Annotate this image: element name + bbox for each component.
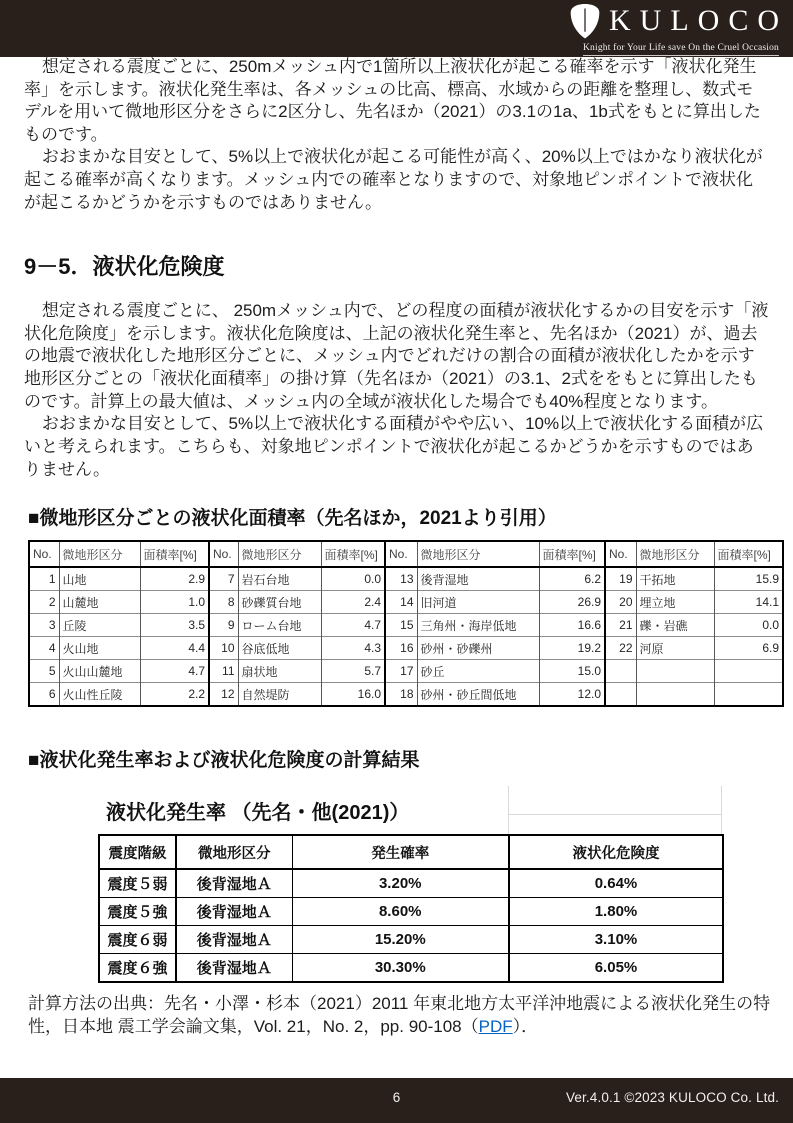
- area-cell: 15.0: [539, 660, 605, 683]
- area-cell: 16: [385, 637, 417, 660]
- area-cell: 8: [209, 591, 238, 614]
- paragraph: 想定される震度ごとに、250mメッシュ内で1箇所以上液状化が起こる確率を示す「液…: [24, 56, 769, 146]
- table-row: 1山地2.97岩石台地0.013後背湿地6.219干拓地15.9: [29, 567, 783, 591]
- area-cell: 15.9: [714, 567, 783, 591]
- result-col-header: 微地形区分: [176, 835, 292, 869]
- area-cell: 干拓地: [636, 567, 714, 591]
- area-cell: 9: [209, 614, 238, 637]
- area-cell: 礫・岩礁: [636, 614, 714, 637]
- area-cell: 谷底低地: [238, 637, 321, 660]
- area-cell: 5: [29, 660, 59, 683]
- table-row: 震度６弱後背湿地Ａ15.20%3.10%: [99, 926, 723, 954]
- result-table-title-text: 液状化発生率 （先名・他(2021)）: [106, 796, 409, 825]
- section-title-9-5: 9－5．液状化危険度: [24, 250, 769, 281]
- area-cell: 砂州・砂礫州: [417, 637, 539, 660]
- area-cell: 2.9: [140, 567, 209, 591]
- area-cell: 0.0: [714, 614, 783, 637]
- area-cell: 2: [29, 591, 59, 614]
- result-cell: 後背湿地Ａ: [176, 926, 292, 954]
- area-col-header: No.: [209, 541, 238, 567]
- area-cell: 岩石台地: [238, 567, 321, 591]
- area-col-header: No.: [29, 541, 59, 567]
- area-cell: 7: [209, 567, 238, 591]
- area-cell: [636, 660, 714, 683]
- result-cell: 0.64%: [509, 869, 723, 898]
- result-table-title: 液状化発生率 （先名・他(2021)）: [98, 786, 722, 834]
- area-cell: 17: [385, 660, 417, 683]
- area-cell: 16.6: [539, 614, 605, 637]
- area-cell: 火山性丘陵: [59, 683, 140, 707]
- area-col-header: 微地形区分: [59, 541, 140, 567]
- citation-text-before: 計算方法の出典：先名・小澤・杉本（2021）2011 年東北地方太平洋沖地震によ…: [28, 994, 770, 1036]
- result-cell: 震度６弱: [99, 926, 176, 954]
- section-body-9-5: 想定される震度ごとに、 250mメッシュ内で、どの程度の面積が液状化するかの目安…: [24, 300, 769, 481]
- result-cell: 震度５強: [99, 898, 176, 926]
- area-col-header: No.: [385, 541, 417, 567]
- area-cell: 砂丘: [417, 660, 539, 683]
- area-cell: 5.7: [321, 660, 385, 683]
- logo-wordmark: KULOCO: [609, 6, 788, 36]
- area-cell: 三角州・海岸低地: [417, 614, 539, 637]
- area-cell: 21: [605, 614, 636, 637]
- area-cell: 10: [209, 637, 238, 660]
- result-col-header: 発生確率: [292, 835, 509, 869]
- result-table: 震度階級微地形区分発生確率液状化危険度 震度５弱後背湿地Ａ3.20%0.64%震…: [98, 834, 724, 983]
- area-cell: 13: [385, 567, 417, 591]
- citation: 計算方法の出典：先名・小澤・杉本（2021）2011 年東北地方太平洋沖地震によ…: [28, 993, 773, 1039]
- area-cell: 6.2: [539, 567, 605, 591]
- area-table: No.微地形区分面積率[%]No.微地形区分面積率[%]No.微地形区分面積率[…: [28, 540, 784, 707]
- paragraph: おおまかな目安として、5%以上で液状化する面積がやや広い、10%以上で液状化する…: [24, 413, 769, 481]
- table-row: 4火山地4.410谷底低地4.316砂州・砂礫州19.222河原6.9: [29, 637, 783, 660]
- area-col-header: No.: [605, 541, 636, 567]
- area-cell: 2.4: [321, 591, 385, 614]
- table-row: 6火山性丘陵2.212自然堤防16.018砂州・砂丘間低地12.0: [29, 683, 783, 707]
- area-cell: 19.2: [539, 637, 605, 660]
- table-row: 2山麓地1.08砂礫質台地2.414旧河道26.920埋立地14.1: [29, 591, 783, 614]
- area-cell: [605, 683, 636, 707]
- result-cell: 後背湿地Ａ: [176, 898, 292, 926]
- area-cell: 1.0: [140, 591, 209, 614]
- table-row: 震度６強後背湿地Ａ30.30%6.05%: [99, 954, 723, 983]
- page-content: 9－4．液状化発生率 想定される震度ごとに、250mメッシュ内で1箇所以上液状化…: [0, 0, 793, 1039]
- area-col-header: 面積率[%]: [321, 541, 385, 567]
- result-cell: 後背湿地Ａ: [176, 954, 292, 983]
- area-cell: 旧河道: [417, 591, 539, 614]
- area-cell: 4.4: [140, 637, 209, 660]
- result-cell: 後背湿地Ａ: [176, 869, 292, 898]
- area-cell: 河原: [636, 637, 714, 660]
- shield-icon: [568, 2, 602, 40]
- area-cell: 埋立地: [636, 591, 714, 614]
- area-col-header: 面積率[%]: [539, 541, 605, 567]
- version-copyright: Ver.4.0.1 ©2023 KULOCO Co. Ltd.: [566, 1090, 779, 1105]
- area-col-header: 微地形区分: [238, 541, 321, 567]
- area-cell: 4: [29, 637, 59, 660]
- area-col-header: 面積率[%]: [140, 541, 209, 567]
- area-cell: 砂州・砂丘間低地: [417, 683, 539, 707]
- result-cell: 30.30%: [292, 954, 509, 983]
- area-cell: 2.2: [140, 683, 209, 707]
- section-body-9-4: 想定される震度ごとに、250mメッシュ内で1箇所以上液状化が起こる確率を示す「液…: [24, 56, 769, 214]
- result-cell: 1.80%: [509, 898, 723, 926]
- table-row: 震度５弱後背湿地Ａ3.20%0.64%: [99, 869, 723, 898]
- result-table-block: 液状化発生率 （先名・他(2021)） 震度階級微地形区分発生確率液状化危険度 …: [98, 786, 722, 983]
- area-cell: 6: [29, 683, 59, 707]
- result-cell: 3.20%: [292, 869, 509, 898]
- logo-tagline: Knight for Your Life save On the Cruel O…: [583, 43, 779, 56]
- footer-bar: 6 Ver.4.0.1 ©2023 KULOCO Co. Ltd.: [0, 1078, 793, 1123]
- area-cell: 4.3: [321, 637, 385, 660]
- area-col-header: 微地形区分: [417, 541, 539, 567]
- table-row: 震度５強後背湿地Ａ8.60%1.80%: [99, 898, 723, 926]
- area-cell: [605, 660, 636, 683]
- area-table-heading: ■微地形区分ごとの液状化面積率（先名ほか，2021より引用）: [28, 503, 769, 530]
- area-col-header: 微地形区分: [636, 541, 714, 567]
- area-cell: 3: [29, 614, 59, 637]
- result-cell: 震度６強: [99, 954, 176, 983]
- area-cell: 火山山麓地: [59, 660, 140, 683]
- result-col-header: 液状化危険度: [509, 835, 723, 869]
- citation-text-after: ）．: [513, 1017, 539, 1036]
- area-cell: 山地: [59, 567, 140, 591]
- area-cell: 扇状地: [238, 660, 321, 683]
- area-cell: 1: [29, 567, 59, 591]
- area-cell: 後背湿地: [417, 567, 539, 591]
- area-cell: 19: [605, 567, 636, 591]
- area-cell: 3.5: [140, 614, 209, 637]
- gridline: [721, 786, 722, 834]
- result-section-heading: ■液状化発生率および液状化危険度の計算結果: [28, 745, 769, 772]
- area-cell: 20: [605, 591, 636, 614]
- gridline: [508, 786, 509, 834]
- area-cell: 16.0: [321, 683, 385, 707]
- area-cell: 12: [209, 683, 238, 707]
- area-cell: [636, 683, 714, 707]
- area-cell: 自然堤防: [238, 683, 321, 707]
- area-cell: [714, 683, 783, 707]
- result-cell: 3.10%: [509, 926, 723, 954]
- gridline: [508, 814, 722, 815]
- area-cell: 砂礫質台地: [238, 591, 321, 614]
- kuloco-logo: KULOCO Knight for Your Life save On the …: [568, 2, 779, 56]
- result-col-header: 震度階級: [99, 835, 176, 869]
- area-cell: 18: [385, 683, 417, 707]
- area-cell: 4.7: [140, 660, 209, 683]
- area-cell: ローム台地: [238, 614, 321, 637]
- area-cell: 12.0: [539, 683, 605, 707]
- area-cell: 22: [605, 637, 636, 660]
- area-cell: 26.9: [539, 591, 605, 614]
- pdf-link[interactable]: PDF: [479, 1017, 513, 1036]
- table-row: 5火山山麓地4.711扇状地5.717砂丘15.0: [29, 660, 783, 683]
- table-row: 3丘陵3.59ローム台地4.715三角州・海岸低地16.621礫・岩礁0.0: [29, 614, 783, 637]
- area-cell: 0.0: [321, 567, 385, 591]
- area-cell: 山麓地: [59, 591, 140, 614]
- area-cell: 14.1: [714, 591, 783, 614]
- area-cell: 火山地: [59, 637, 140, 660]
- area-cell: [714, 660, 783, 683]
- area-cell: 14: [385, 591, 417, 614]
- header-bar: KULOCO Knight for Your Life save On the …: [0, 0, 793, 57]
- result-cell: 6.05%: [509, 954, 723, 983]
- area-col-header: 面積率[%]: [714, 541, 783, 567]
- area-cell: 11: [209, 660, 238, 683]
- paragraph: おおまかな目安として、5%以上で液状化が起こる可能性が高く、20%以上ではかなり…: [24, 146, 769, 214]
- area-cell: 丘陵: [59, 614, 140, 637]
- result-cell: 15.20%: [292, 926, 509, 954]
- area-cell: 4.7: [321, 614, 385, 637]
- result-cell: 震度５弱: [99, 869, 176, 898]
- paragraph: 想定される震度ごとに、 250mメッシュ内で、どの程度の面積が液状化するかの目安…: [24, 300, 769, 413]
- area-cell: 6.9: [714, 637, 783, 660]
- area-cell: 15: [385, 614, 417, 637]
- result-cell: 8.60%: [292, 898, 509, 926]
